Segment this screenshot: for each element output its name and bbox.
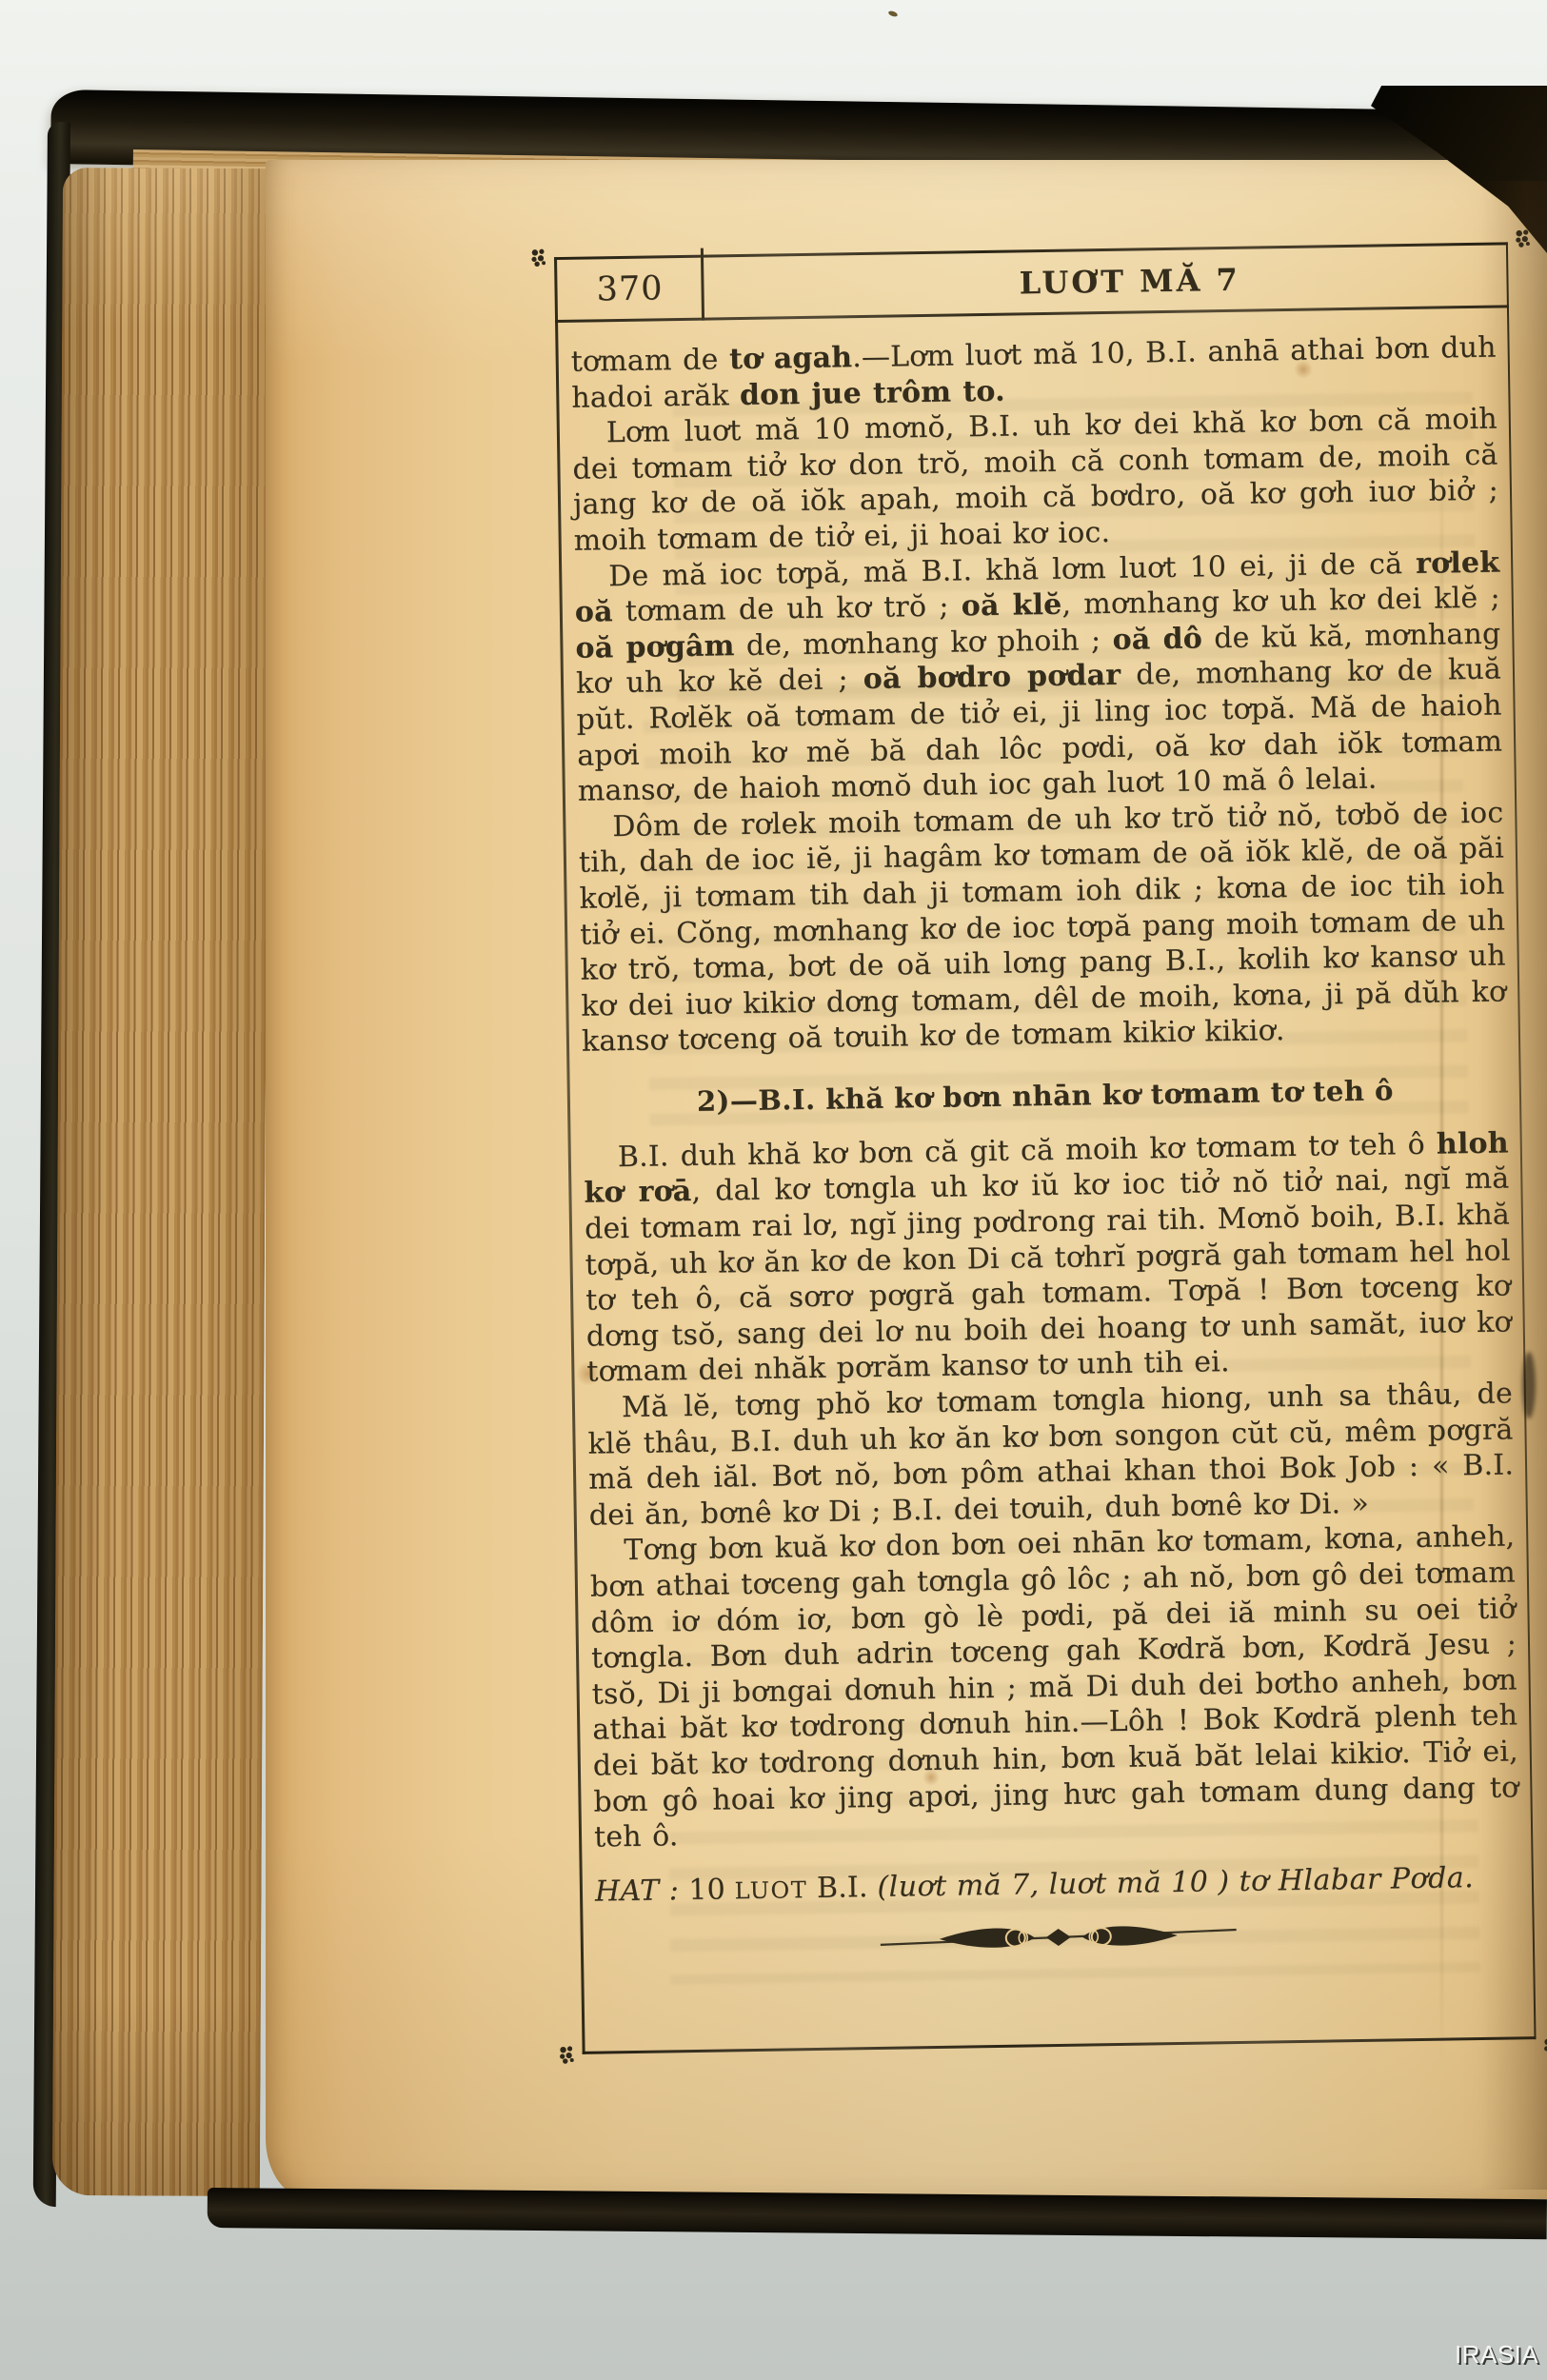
paragraph: De mă ioc tơpă, mă B.I. khă lơm luơt 10 … [574,545,1503,809]
run: tơmam de [570,343,729,379]
paragraph: Tơng bơn kuă kơ don bơn oei nhān kơ tơma… [589,1519,1519,1856]
run: Dôm de rơlek moih tơmam de uh kơ trŏ tiở… [579,796,1507,1059]
running-title: LUƠT MĂ 7 [730,257,1530,306]
run: 10 [688,1873,735,1907]
run-bold: don jue trôm to. [740,374,1005,411]
run: , mơnhang kơ uh kơ dei klĕ ; [1061,582,1500,622]
run: tơmam de uh kơ trŏ ; [612,590,962,629]
run-bold: oă klĕ [961,588,1061,624]
footnote-reference: HAT : 10 LUOT B.I. (luơt mă 7, luơt mă 1… [595,1860,1520,1908]
paragraph: Dôm de rơlek moih tơmam de uh kơ trŏ tiở… [578,795,1507,1060]
run: Lơm luơt mă 10 mơnŏ, B.I. uh kơ dei khă … [572,403,1498,558]
scanned-book-photo: 370 LUƠT MĂ 7 tơmam de tơ agah.—Lơm luơt… [0,0,1547,2380]
corner-ornament-icon [558,2045,577,2066]
watermark: IRASIA [1455,2340,1538,2370]
run-bold: oă pơgâm [575,629,735,665]
edge-smudge [1522,1352,1536,1418]
run: Tơng bơn kuă kơ don bơn oei nhān kơ tơma… [590,1520,1519,1854]
paragraph: Mă lĕ, tơng phŏ kơ tơmam tơngla hiong, u… [587,1376,1515,1534]
run: Mă lĕ, tơng phŏ kơ tơmam tơngla hiong, u… [587,1377,1514,1532]
printed-area: 370 LUƠT MĂ 7 tơmam de tơ agah.—Lơm luơt… [558,242,1531,2053]
page-number: 370 [558,269,702,309]
run-bold: oă bơdro pơdar [863,659,1121,696]
run-smallcaps: LUOT [734,1876,807,1904]
run: B.I. [807,1871,878,1905]
paragraph: Lơm luơt mă 10 mơnŏ, B.I. uh kơ dei khă … [572,402,1499,560]
run: de, mơnhang kơ phoih ; [734,624,1113,663]
corner-ornament-icon [529,248,548,268]
section-heading: 2)—B.I. khă kơ bơn nhān kơ tơmam tơ teh … [583,1072,1508,1119]
run-bold: tơ agah [729,341,853,376]
page-edges-left [52,168,270,2196]
gutter-shadow [1480,181,1547,2190]
run-bold: oă dô [1112,622,1202,656]
text-column: tơmam de tơ agah.—Lơm luơt mă 10, B.I. a… [570,330,1521,1966]
run-italic: (luơt mă 7, luơt mă 10 ) tơ Hlabar Pơda. [877,1861,1474,1904]
divider-ornament-icon [873,1917,1245,1961]
paragraph: B.I. duh khă kơ bơn că git că moih kơ tơ… [584,1125,1513,1390]
dust-speck [887,10,898,17]
frame-bottom-rule [583,2036,1537,2054]
run-italic: HAT : [595,1874,689,1909]
header-divider [701,248,704,321]
run: , dal kơ tơngla uh kơ iŭ kơ ioc tiở nŏ t… [585,1162,1512,1389]
book-page: 370 LUƠT MĂ 7 tơmam de tơ agah.—Lơm luơt… [266,160,1547,2199]
